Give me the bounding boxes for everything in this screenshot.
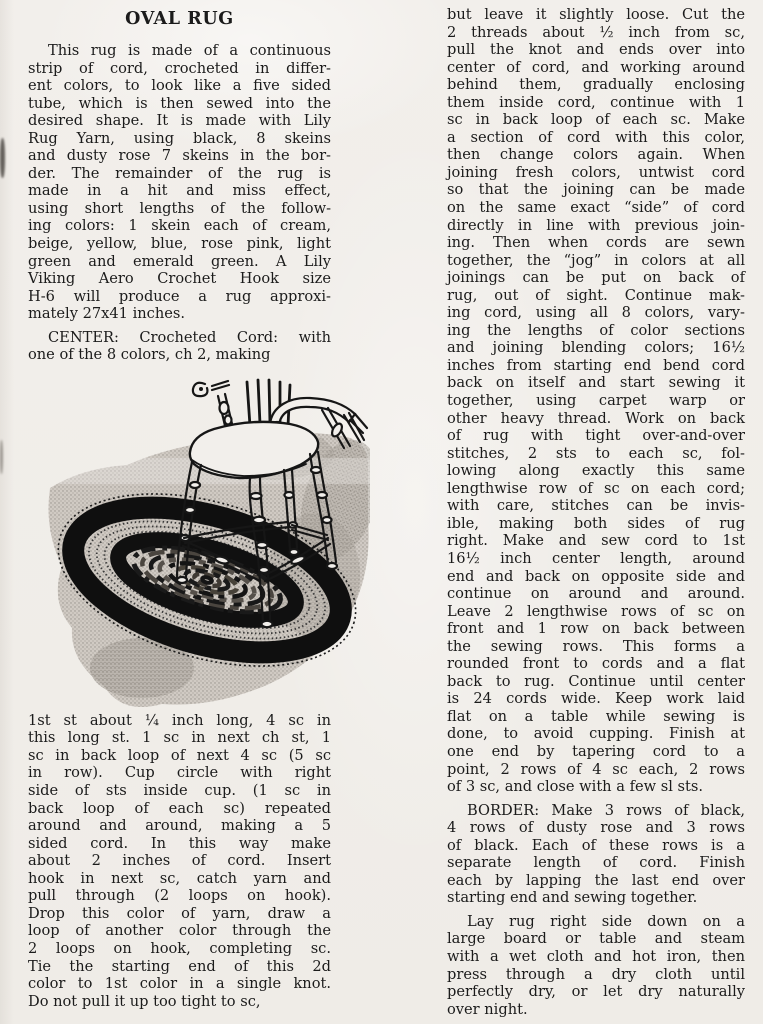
text-line: pull the knot and ends over into: [447, 41, 745, 59]
text-line: H-6 will produce a rug approxi-: [28, 288, 331, 306]
text-line: right. Make and sew cord to 1st: [447, 532, 745, 550]
text-line: 16½ inch center length, around: [447, 550, 745, 568]
left-column-text-top: This rug is made of a continuousstrip of…: [28, 42, 331, 364]
paragraph: BORDER: Make 3 rows of black,4 rows of d…: [447, 802, 745, 907]
text-line: and joining blending colors; 16½: [447, 339, 745, 357]
paragraph: CENTER: Crocheted Cord: withone of the 8…: [28, 329, 331, 364]
text-line: done, to avoid cupping. Finish at: [447, 725, 745, 743]
text-line: about 2 inches of cord. Insert: [28, 852, 331, 870]
text-line: but leave it slightly loose. Cut the: [447, 6, 745, 24]
text-line: back on itself and start sewing it: [447, 374, 745, 392]
text-line: ing cord, using all 8 colors, vary-: [447, 304, 745, 322]
text-line: so that the joining can be made: [447, 181, 745, 199]
text-line: over night.: [447, 1001, 745, 1019]
text-line: color to 1st color in a single knot.: [28, 975, 331, 993]
rug-illustration-canvas: [22, 370, 370, 710]
text-line: this long st. 1 sc in next ch st, 1: [28, 729, 331, 747]
text-line: ing. Then when cords are sewn: [447, 234, 745, 252]
page-title: OVAL RUG: [28, 8, 331, 30]
text-line: This rug is made of a continuous: [28, 42, 331, 60]
right-column: but leave it slightly loose. Cut the2 th…: [447, 6, 745, 1024]
text-line: center of cord, and working around: [447, 59, 745, 77]
text-line: hook in next sc, catch yarn and: [28, 870, 331, 888]
text-line: 1st st about ¼ inch long, 4 sc in: [28, 712, 331, 730]
text-line: Leave 2 lengthwise rows of sc on: [447, 603, 745, 621]
text-line: made in a hit and miss effect,: [28, 182, 331, 200]
text-line: and dusty rose 7 skeins in the bor-: [28, 147, 331, 165]
text-line: ing colors: 1 skein each of cream,: [28, 217, 331, 235]
text-line: side of sts inside cup. (1 sc in: [28, 782, 331, 800]
text-line: Viking Aero Crochet Hook size: [28, 270, 331, 288]
text-line: der. The remainder of the rug is: [28, 165, 331, 183]
text-line: then change colors again. When: [447, 146, 745, 164]
text-line: each by lapping the last end over: [447, 872, 745, 890]
text-line: a section of cord with this color,: [447, 129, 745, 147]
text-line: separate length of cord. Finish: [447, 854, 745, 872]
text-line: on the same exact “side” of cord: [447, 199, 745, 217]
text-line: end and back on opposite side and: [447, 568, 745, 586]
text-line: in row). Cup circle with right: [28, 764, 331, 782]
left-column: OVAL RUG This rug is made of a continuou…: [28, 0, 331, 1016]
text-line: rounded front to cords and a flat: [447, 655, 745, 673]
text-line: continue on around and around.: [447, 585, 745, 603]
scanned-page: OVAL RUG This rug is made of a continuou…: [0, 0, 763, 1024]
text-line: 2 loops on hook, completing sc.: [28, 940, 331, 958]
text-line: together, the “jog” in colors at all: [447, 252, 745, 270]
text-line: flat on a table while sewing is: [447, 708, 745, 726]
text-line: loop of another color through the: [28, 922, 331, 940]
text-line: perfectly dry, or let dry naturally: [447, 983, 745, 1001]
text-line: Lay rug right side down on a: [447, 913, 745, 931]
text-line: starting end and sewing together.: [447, 889, 745, 907]
text-line: around and around, making a 5: [28, 817, 331, 835]
text-line: back loop of each sc) repeated: [28, 800, 331, 818]
text-line: other heavy thread. Work on back: [447, 410, 745, 428]
paragraph: This rug is made of a continuousstrip of…: [28, 42, 331, 323]
text-line: joinings can be put on back of: [447, 269, 745, 287]
text-line: lowing along exactly this same: [447, 462, 745, 480]
text-line: 4 rows of dusty rose and 3 rows: [447, 819, 745, 837]
scan-smudge: [0, 138, 5, 178]
text-line: Drop this color of yarn, draw a: [28, 905, 331, 923]
text-line: green and emerald green. A Lily: [28, 253, 331, 271]
text-line: ible, making both sides of rug: [447, 515, 745, 533]
text-line: Do not pull it up too tight to sc,: [28, 993, 331, 1011]
right-column-text: but leave it slightly loose. Cut the2 th…: [447, 6, 745, 1018]
text-line: together, using carpet warp or: [447, 392, 745, 410]
text-line: strip of cord, crocheted in differ-: [28, 60, 331, 78]
text-line: the sewing rows. This forms a: [447, 638, 745, 656]
text-line: press through a dry cloth until: [447, 966, 745, 984]
text-line: tube, which is then sewed into the: [28, 95, 331, 113]
text-line: directly in line with previous join-: [447, 217, 745, 235]
text-line: rug, out of sight. Continue mak-: [447, 287, 745, 305]
text-line: front and 1 row on back between: [447, 620, 745, 638]
text-line: BORDER: Make 3 rows of black,: [447, 802, 745, 820]
text-line: desired shape. It is made with Lily: [28, 112, 331, 130]
paragraph: but leave it slightly loose. Cut the2 th…: [447, 6, 745, 796]
text-line: Tie the starting end of this 2d: [28, 958, 331, 976]
text-line: ing the lengths of color sections: [447, 322, 745, 340]
text-line: 2 threads about ½ inch from sc,: [447, 24, 745, 42]
text-line: pull through (2 loops on hook).: [28, 887, 331, 905]
text-line: point, 2 rows of 4 sc each, 2 rows: [447, 761, 745, 779]
text-line: them inside cord, continue with 1: [447, 94, 745, 112]
text-line: of rug with tight over-and-over: [447, 427, 745, 445]
text-line: sc in back loop of each sc. Make: [447, 111, 745, 129]
text-line: ent colors, to look like a five sided: [28, 77, 331, 95]
text-line: mately 27x41 inches.: [28, 305, 331, 323]
text-line: one of the 8 colors, ch 2, making: [28, 346, 331, 364]
text-line: of black. Each of these rows is a: [447, 837, 745, 855]
text-line: sided cord. In this way make: [28, 835, 331, 853]
text-line: with care, stitches can be invis-: [447, 497, 745, 515]
rug-illustration: [22, 370, 370, 710]
scan-smudge: [0, 440, 3, 474]
paragraph: Lay rug right side down on alarge board …: [447, 913, 745, 1018]
text-line: large board or table and steam: [447, 930, 745, 948]
text-line: one end by tapering cord to a: [447, 743, 745, 761]
text-line: is 24 cords wide. Keep work laid: [447, 690, 745, 708]
text-line: using short lengths of the follow-: [28, 200, 331, 218]
text-line: back to rug. Continue until center: [447, 673, 745, 691]
paragraph: 1st st about ¼ inch long, 4 sc inthis lo…: [28, 712, 331, 1010]
text-line: beige, yellow, blue, rose pink, light: [28, 235, 331, 253]
text-line: behind them, gradually enclosing: [447, 76, 745, 94]
text-line: Rug Yarn, using black, 8 skeins: [28, 130, 331, 148]
text-line: lengthwise row of sc on each cord;: [447, 480, 745, 498]
text-line: CENTER: Crocheted Cord: with: [28, 329, 331, 347]
text-line: sc in back loop of next 4 sc (5 sc: [28, 747, 331, 765]
text-line: stitches, 2 sts to each sc, fol-: [447, 445, 745, 463]
text-line: with a wet cloth and hot iron, then: [447, 948, 745, 966]
left-column-text-bottom: 1st st about ¼ inch long, 4 sc inthis lo…: [28, 712, 331, 1010]
text-line: inches from starting end bend cord: [447, 357, 745, 375]
text-line: of 3 sc, and close with a few sl sts.: [447, 778, 745, 796]
text-line: joining fresh colors, untwist cord: [447, 164, 745, 182]
